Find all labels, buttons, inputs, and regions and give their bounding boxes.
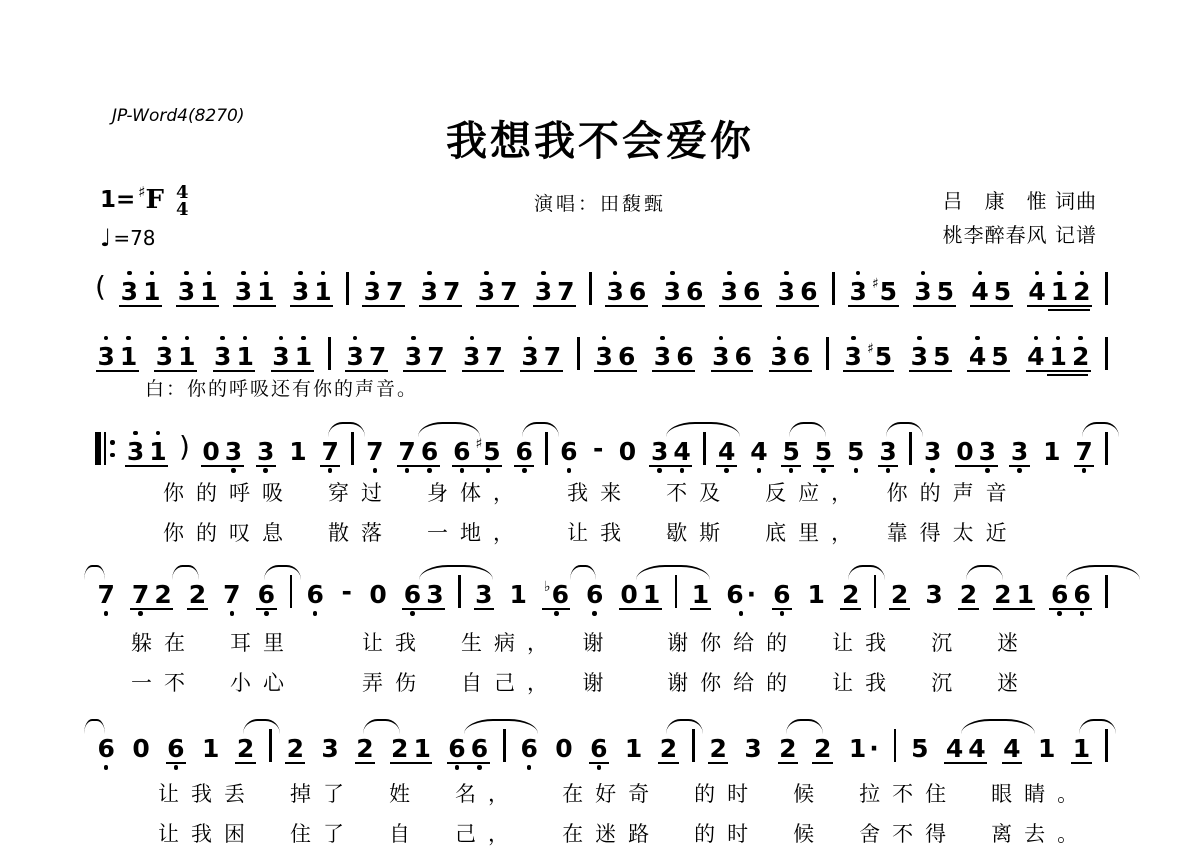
octave-dot-slot-above [872,265,897,277]
digit: 4 [971,277,988,306]
digit: 1 [143,277,160,306]
note-group: 3♯5 [842,330,895,383]
note: 7 [425,330,447,383]
barline [346,272,349,305]
note-digit: 7 [544,342,561,371]
octave-dot-slot-below [596,371,613,384]
octave-dot [126,336,131,341]
octave-dot-slot-above [590,722,607,734]
repeat-thick-bar [95,432,101,465]
note-group: 3 [923,568,945,621]
digit: 6 [734,342,751,371]
octave-dot-slot-below [1003,763,1020,776]
octave-dot-slot-below [132,763,149,776]
octave-dot-slot-above [321,722,338,734]
octave-dot-slot-above [770,330,787,342]
note-group: 1 [689,568,711,621]
note-digit: 4 [1003,734,1020,763]
note: 3 [908,330,930,383]
note: 1· [846,722,881,775]
octave-dot-slot-above [167,722,184,734]
barline [692,729,695,762]
octave-dot-slot-below [258,609,275,622]
barline [1105,432,1108,465]
note-digit: 7 [557,277,574,306]
note-digit: 2 [1073,277,1090,306]
octave-dot-slot-below [1043,466,1060,479]
note-digit: 3 [845,342,862,371]
note: 1 [622,722,644,775]
octave-dot-slot-above [225,425,242,437]
note-digit: 3 [521,342,538,371]
octave-dot-slot-below [1050,371,1067,384]
octave-dot [353,336,358,341]
octave-dot-slot-above [937,265,954,277]
note-digit: 1 [413,734,430,763]
note-digit: 6 [800,277,817,306]
note: 0 [130,722,152,775]
note-digit: 5 [911,734,928,763]
barline [1105,272,1108,305]
note-group: 7 [364,425,386,478]
meter-bottom: 4 [176,201,189,218]
note-group: 1 [507,568,529,621]
digit: 6 [676,342,693,371]
octave-dot [1017,468,1022,473]
octave-dot-slot-below [1072,371,1089,384]
barline [1105,337,1108,370]
note: 3 [289,265,311,318]
octave-dot-slot-above [629,265,646,277]
note-digit: 0 [620,580,637,609]
note-digit: 0 [619,437,636,466]
digit: 7 [223,580,240,609]
song-title: 我想我不会爱你 [0,108,1200,167]
octave-dot-slot-below [726,609,756,622]
digit: 6 [471,734,488,763]
note: 7 [483,330,505,383]
note: 1 [312,265,334,318]
note-digit: 3 [770,342,787,371]
note-digit: 3 [535,277,552,306]
octave-dot-slot-above [307,568,324,580]
note-group: 1· [846,722,881,775]
octave-dot-slot-below [485,371,502,384]
note-group: 5 [812,425,834,478]
digit: 6 [726,580,743,609]
note-digit: 1 [510,580,527,609]
octave-dot-slot-below [872,306,897,319]
digit: 3 [156,342,173,371]
octave-dot-slot-below [475,609,492,622]
digit: 3 [770,342,787,371]
octave-dot [243,336,248,341]
note-group: 6 [558,425,580,478]
octave-dot [185,336,190,341]
note: 2 [888,568,910,621]
octave-dot-slot-above [734,330,751,342]
note-digit: 7 [500,277,517,306]
note-digit: 7 [427,342,444,371]
note: 3 [222,425,244,478]
digit: 6 [448,734,465,763]
note-digit: 6 [453,437,470,466]
note: 1 [198,265,220,318]
note: 3 [718,265,740,318]
digit: 1 [178,342,195,371]
digit: 1 [289,437,306,466]
note-digit: 7 [386,277,403,306]
octave-dot [1057,611,1062,616]
octave-dot-slot-below [178,306,195,319]
digit: 2 [237,734,254,763]
octave-dot-slot-above [1072,330,1089,342]
note-group: 37 [461,330,506,383]
octave-dot [230,611,235,616]
octave-dot-slot-above [994,265,1011,277]
note-group: 66 [446,722,491,775]
digit: 5 [994,277,1011,306]
octave-dot-slot-above [778,265,795,277]
digit: 3 [654,342,671,371]
note-digit: 3 [879,437,896,466]
note: 3 [768,330,790,383]
octave-dot [138,611,143,616]
octave-dot [110,440,115,445]
octave-dot-slot-above [1017,568,1034,580]
note-digit: 4 [968,734,985,763]
octave-dot-slot-below [712,371,729,384]
octave-dot [1056,336,1061,341]
note: 1 [1041,425,1063,478]
note: 1 [1035,722,1057,775]
digit: 6 [421,437,438,466]
octave-dot-slot-above [968,722,985,734]
digit: 7 [427,342,444,371]
note-digit: 1 [1017,580,1034,609]
octave-dot-slot-below [535,306,552,319]
octave-dot-slot-above [98,568,115,580]
digit: 1 [1050,342,1067,371]
octave-dot [486,468,491,473]
note-digit: 4 [673,437,690,466]
note: 6 [468,722,490,775]
note-digit: 1 [625,734,642,763]
note-digit: 7 [443,277,460,306]
note-group: 6· [724,568,759,621]
octave-dot-slot-above [660,722,677,734]
digit: 5 [937,277,954,306]
octave-dot-slot-below [744,763,761,776]
digit: 3 [364,277,381,306]
octave-dot-slot-below [555,763,572,776]
octave-dot-slot-above [557,265,574,277]
composer-credit: 吕 康 惟 词曲 [943,184,1097,218]
note-digit: 2 [710,734,727,763]
lyrics-row-verse1-b: 你的叹息 散落 一地， 让我 歇斯 底里， 靠得太近 [163,517,1019,547]
octave-dot-slot-below [544,609,569,622]
octave-dot-slot-below [478,306,495,319]
octave-dot-slot-below [98,609,115,622]
octave-dot [719,336,724,341]
digit: 3 [914,277,931,306]
octave-dot-slot-below [779,763,796,776]
note: 6 [790,330,812,383]
octave-dot-slot-above [258,568,275,580]
note: 4 [748,425,770,478]
note-digit: 5 [933,342,950,371]
octave-dot-slot-below [867,371,892,384]
octave-dot-slot-above [783,425,800,437]
digit: 0 [956,437,973,466]
barline [1105,729,1108,762]
note-group: 5 [780,425,802,478]
note-digit: 1 [692,580,709,609]
octave-dot-slot-above [925,568,942,580]
digit: 7 [557,277,574,306]
note: 2 [657,722,679,775]
octave-dot-slot-above [815,425,832,437]
octave-dot-slot-above [421,425,438,437]
note: 3 [232,265,254,318]
note: 3 [519,330,541,383]
note: 5 [845,425,867,478]
octave-dot-slot-below [1051,306,1068,319]
note-digit: 1· [849,734,879,763]
note: 3 [255,425,277,478]
note: 1 [117,330,139,383]
octave-dot-slot-below [734,371,751,384]
barline [290,575,293,608]
octave-dot-slot-below [257,306,274,319]
note: 4 [969,265,991,318]
octave-dot-slot-above [555,722,572,734]
note: 6 [683,265,705,318]
note-group: 36 [604,265,649,318]
digit: 6 [258,580,275,609]
note: 3 [921,425,943,478]
note: 3 [361,265,383,318]
octave-dot-slot-above [607,265,624,277]
note-group: 6 [518,722,540,775]
octave-dot-slot-above [364,265,381,277]
octave-dot [231,468,236,473]
octave-dot-slot-above [516,425,533,437]
note-digit: 4 [1028,277,1045,306]
note-digit: 1 [1051,277,1068,306]
note-digit: 3 [127,437,144,466]
octave-dot-slot-above [463,330,480,342]
digit: 4 [969,342,986,371]
lyrics-row-verse3-a: 让我丢 掉了 姓 名， 在好奇 的时 候 拉不住 眼睛。 [158,778,1090,808]
note: 1 [507,568,529,621]
digit: 2 [154,580,171,609]
note: 2 [234,722,256,775]
octave-dot-slot-above [214,330,231,342]
octave-dot-slot-below [845,371,862,384]
note-digit: 2 [237,734,254,763]
digit: 3 [347,342,364,371]
octave-dot-slot-above [149,425,166,437]
note-group: 6 [165,722,187,775]
octave-dot-slot-above [485,330,502,342]
octave-dot-slot-above [814,722,831,734]
note-digit: 6 [676,342,693,371]
digit: 6 [404,580,421,609]
note: 6 [588,722,610,775]
octave-dot [162,336,167,341]
octave-dot-slot-above [366,425,383,437]
octave-dot-slot-above [386,265,403,277]
note: 0 [618,568,640,621]
note-digit: 2 [1072,342,1089,371]
octave-dot-slot-above [1073,568,1090,580]
barline [503,729,506,762]
quarter-note-icon: ♩ [100,224,111,252]
note-digit: 1 [1038,734,1055,763]
octave-dot-slot-above [911,722,928,734]
octave-dot-slot-below [654,371,671,384]
octave-dot-slot-below [448,763,465,776]
note-group: 1 [1070,722,1092,775]
octave-dot [184,271,189,276]
octave-dot [411,336,416,341]
note: 5 [931,330,953,383]
octave-dot-slot-below [625,763,642,776]
octave-dot [602,336,607,341]
octave-dot-slot-above [560,425,577,437]
octave-dot [527,765,532,770]
digit: 3 [845,342,862,371]
octave-dot-slot-above [1050,330,1067,342]
octave-dot [207,271,212,276]
octave-dot [264,271,269,276]
dash-note: - [590,434,606,463]
octave-dot-slot-above [849,265,866,277]
note-digit: 1 [149,437,166,466]
note: 7 [221,568,243,621]
octave-dot-slot-below [167,763,184,776]
note-digit: 3 [664,277,681,306]
note: 4 [671,425,693,478]
octave-dot-slot-above [544,330,561,342]
note: 3 [976,425,998,478]
note-digit: 3 [235,277,252,306]
note-group: 7 [95,568,117,621]
note: 1 [199,722,221,775]
octave-dot-slot-above [979,425,996,437]
octave-dot-slot-above [471,722,488,734]
octave-dot-slot-below [914,306,931,319]
octave-dot [784,271,789,276]
octave-dot-slot-above [257,425,274,437]
octave-dot-slot-above [793,330,810,342]
digit: 3 [478,277,495,306]
octave-dot-slot-above [849,722,879,734]
digit: 5 [880,277,897,306]
octave-dot [127,271,132,276]
note-digit: 3 [596,342,613,371]
digit: 3 [405,342,422,371]
note-digit: 3 [214,342,231,371]
note: 7 [95,568,117,621]
note-group: 03 [200,425,245,478]
octave-dot-slot-above [879,425,896,437]
octave-dot-slot-below [620,609,637,622]
octave-dot-slot-above [413,722,430,734]
note-digit: ♭6 [544,580,569,609]
note: 5 [934,265,956,318]
digit: 3 [121,277,138,306]
digit: 5 [991,342,1008,371]
octave-dot-slot-above [314,265,331,277]
digit: 7 [366,437,383,466]
note: 3 [847,265,869,318]
octave-dot-slot-above [369,330,386,342]
digit: 2 [842,580,859,609]
digit: 3 [596,342,613,371]
octave-dot [104,336,109,341]
note-group: 72 [129,568,174,621]
octave-dot-slot-above [143,265,160,277]
note-digit: 6 [167,734,184,763]
octave-dot-slot-above [586,568,603,580]
digit: 1 [202,734,219,763]
note: 0 [200,425,222,478]
octave-dot [930,468,935,473]
digit: 6 [516,437,533,466]
octave-dot-slot-above [1051,568,1068,580]
octave-dot-slot-below [968,763,985,776]
digit: 3 [849,277,866,306]
note-digit: 4 [718,437,735,466]
note-group: 7 [1073,425,1095,478]
note-group: 4 [715,425,737,478]
octave-dot-slot-below [607,306,624,319]
time-signature: 4 4 [176,184,189,218]
note: 7 [129,568,151,621]
sharp-icon: ♯ [138,183,145,201]
note-digit: 3 [272,342,289,371]
octave-dot-slot-above [618,330,635,342]
note-digit: 4 [1027,342,1044,371]
digit: 5 [483,437,500,466]
digit: 3 [235,277,252,306]
note-group: 31 [175,265,220,318]
octave-dot-slot-below [849,763,879,776]
spoken-line: 白：你的呼吸还有你的声音。 [145,374,418,401]
octave-dot-slot-below [121,306,138,319]
octave-dot-slot-below [676,371,693,384]
note-group: ♭6 [541,568,571,621]
octave-dot [104,765,109,770]
note: 7 [441,265,463,318]
note-digit: 2 [154,580,171,609]
octave-dot-slot-above [127,425,144,437]
octave-dot-slot-above [692,568,709,580]
note-group: 36 [768,330,813,383]
note-group: 6 [588,722,610,775]
note: 6 [732,330,754,383]
digit: 1 [236,342,253,371]
octave-dot-slot-below [544,371,561,384]
note: 6 [798,265,820,318]
digit: 3 [321,734,338,763]
octave-dot-slot-below [557,306,574,319]
note: 6 [674,330,696,383]
octave-dot [477,765,482,770]
octave-dot-slot-above [289,425,306,437]
